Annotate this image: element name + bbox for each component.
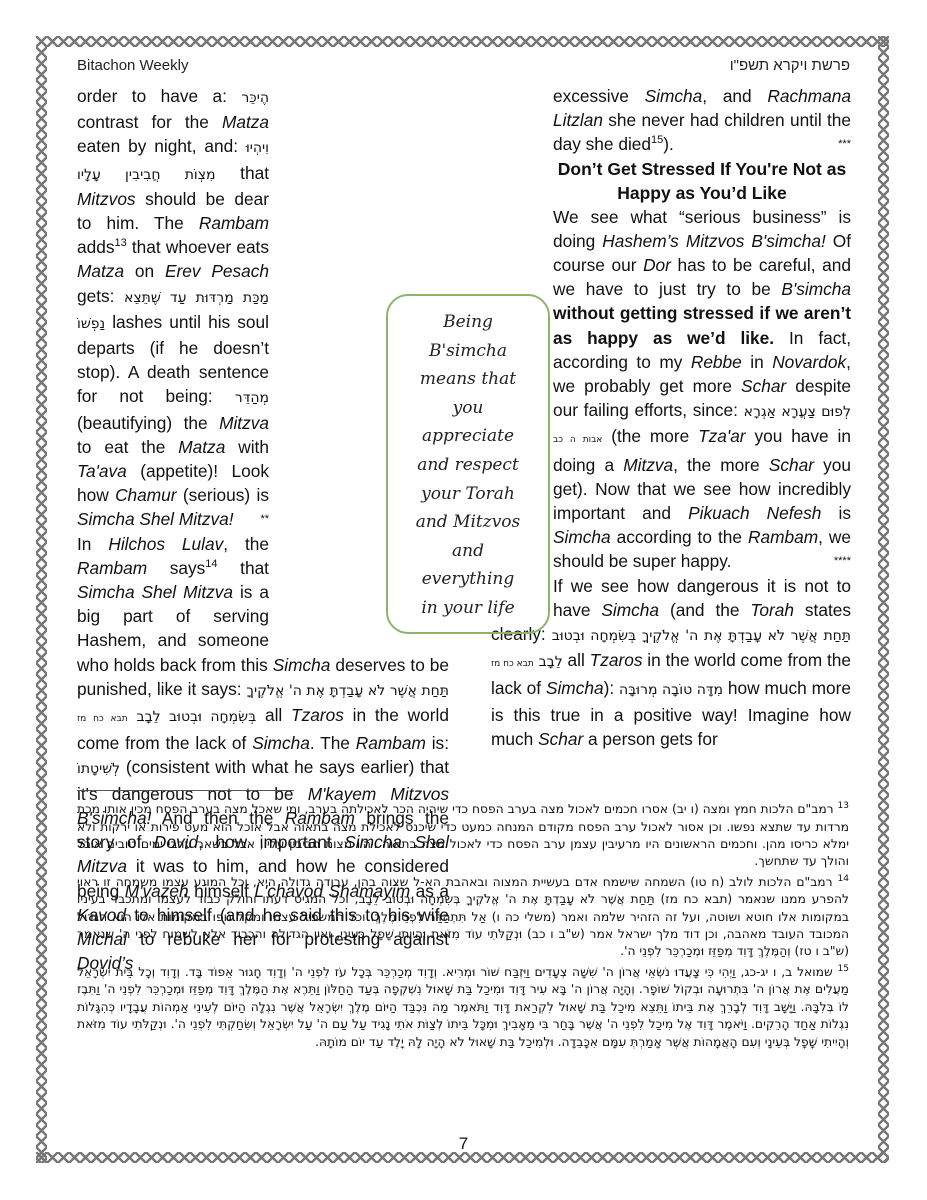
header-publication-title: Bitachon Weekly — [77, 57, 188, 74]
callout-line: means that — [388, 365, 548, 394]
callout-line: and — [388, 537, 548, 566]
decorative-border-left — [36, 36, 47, 1163]
callout-line: Being — [388, 308, 548, 337]
paragraph: excessive Simcha, and Rachmana Litzlan s… — [491, 84, 851, 157]
section-separator: **** — [834, 549, 851, 573]
callout-line: and respect — [388, 451, 548, 480]
callout-line: appreciate — [388, 422, 548, 451]
footnote-ref[interactable]: 14 — [205, 558, 217, 570]
pull-quote-callout: Being B'simcha means that you appreciate… — [386, 294, 550, 634]
decorative-border-right — [878, 36, 889, 1163]
section-separator: ** — [260, 507, 269, 531]
decorative-border-top — [36, 36, 889, 47]
footnote-ref[interactable]: 15 — [651, 135, 663, 147]
footnote-14: 14 רמב"ם הלכות לולב (ח טו) השמחה שישמח א… — [77, 871, 849, 961]
footnote-13: 13 רמב"ם הלכות חמץ ומצה (ו יב) אסרו חכמי… — [77, 798, 849, 871]
section-heading: Don’t Get Stressed If You're Not as Happ… — [491, 157, 851, 205]
callout-line: B'simcha — [388, 337, 548, 366]
callout-line: you — [388, 394, 548, 423]
callout-line: everything — [388, 565, 548, 594]
footnote-15: 15 שמואל ב, ו יג-כג, וַיְהִי כִּי צָעֲדו… — [77, 961, 849, 1051]
footnote-ref[interactable]: 13 — [114, 237, 126, 249]
callout-line: and Mitzvos — [388, 508, 548, 537]
section-separator: *** — [838, 132, 851, 156]
callout-line: in your life — [388, 594, 548, 623]
footnotes: 13 רמב"ם הלכות חמץ ומצה (ו יב) אסרו חכמי… — [77, 798, 849, 1051]
footnote-separator — [77, 790, 294, 791]
page-number: 7 — [0, 1134, 927, 1154]
header-parsha-title: פרשת ויקרא תשפ"ו — [730, 57, 850, 74]
callout-line: your Torah — [388, 480, 548, 509]
